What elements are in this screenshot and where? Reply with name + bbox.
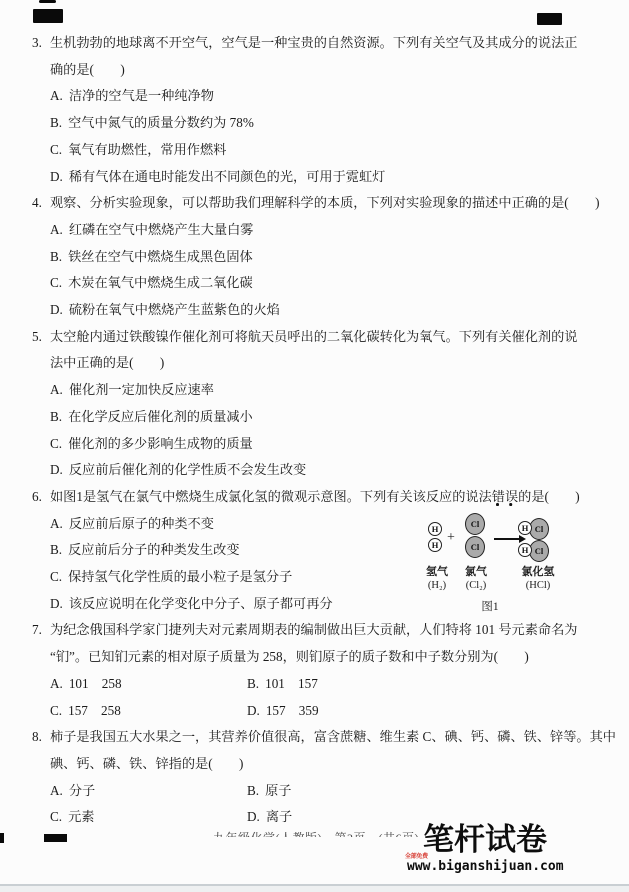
- question-number: 3.: [32, 30, 42, 57]
- question-number: 8.: [32, 724, 42, 751]
- option-b: B.空气中氮气的质量分数约为 78%: [50, 110, 617, 137]
- option-text: 分子: [69, 783, 95, 798]
- option-b: B.铁丝在空气中燃烧生成黑色固体: [50, 244, 617, 271]
- scan-edge-strip: [0, 884, 629, 892]
- option-text: 红磷在空气中燃烧产生大量白雾: [69, 222, 254, 237]
- option-text: 该反应说明在化学变化中分子、原子都可再分: [69, 596, 333, 611]
- molecule-formula: (HCl): [522, 579, 555, 592]
- option-text: 硫粉在氧气中燃烧产生蓝紫色的火焰: [69, 302, 280, 317]
- watermark-brand: 笔杆试卷: [423, 823, 547, 857]
- option-label: C.: [50, 436, 62, 451]
- option-c: C.催化剂的多少影响生成物的质量: [50, 431, 617, 458]
- chlorine-atom-icon: Cl: [465, 513, 485, 535]
- molecule-name: 氯化氢: [522, 566, 555, 579]
- chlorine-atom-icon: Cl: [529, 518, 549, 540]
- hydrogen-atom-icon: H: [518, 521, 532, 535]
- option-row: A.分子 B.原子: [50, 778, 617, 805]
- option-label: A.: [50, 676, 63, 691]
- option-a: A.101 258: [50, 671, 247, 698]
- option-d: D.离子: [247, 804, 292, 831]
- option-d: D.硫粉在氧气中燃烧产生蓝紫色的火焰: [50, 297, 617, 324]
- option-a: A.分子: [50, 778, 247, 805]
- option-label: D.: [50, 462, 63, 477]
- option-text: 空气中氮气的质量分数约为 78%: [68, 115, 254, 130]
- option-c: C.木炭在氧气中燃烧生成二氧化碳: [50, 270, 617, 297]
- option-label: A.: [50, 88, 63, 103]
- option-row: C.157 258 D.157 359: [50, 698, 617, 725]
- option-label: D.: [50, 169, 63, 184]
- question-stem-line: “钔”。已知钔元素的相对原子质量为 258，则钔原子的质子数和中子数分别为( ): [50, 644, 617, 671]
- option-text: 原子: [265, 783, 291, 798]
- question-stem-line: 为纪念俄国科学家门捷列夫对元素周期表的编制做出巨大贡献，人们特将 101 号元素…: [50, 617, 617, 644]
- option-b: B.原子: [247, 778, 291, 805]
- option-label: B.: [50, 249, 62, 264]
- question-6: 6. 如图1是氢气在氯气中燃烧生成氯化氢的微观示意图。下列有关该反应的说法错误的…: [0, 484, 629, 618]
- option-text: 保持氢气化学性质的最小粒子是氢分子: [68, 569, 292, 584]
- question-3: 3. 生机勃勃的地球离不开空气，空气是一种宝贵的自然资源。下列有关空气及其成分的…: [0, 30, 629, 190]
- option-text: 元素: [68, 809, 94, 824]
- option-label: C.: [50, 275, 62, 290]
- option-text: 氧气有助燃性，常用作燃料: [68, 142, 226, 157]
- option-label: B.: [247, 783, 259, 798]
- option-label: C.: [50, 809, 62, 824]
- redaction-mark: [44, 834, 67, 842]
- option-text: 反应前后分子的种类发生改变: [68, 542, 239, 557]
- question-number: 5.: [32, 324, 42, 351]
- figure-1-reaction-diagram: H H + Cl Cl Cl H Cl H 氢气 (H₂) 氯气 (Cl₂): [420, 510, 625, 622]
- reaction-arrow-icon: [494, 538, 520, 540]
- option-text: 101 258: [69, 676, 122, 691]
- redaction-mark: [33, 9, 63, 23]
- question-list: 3. 生机勃勃的地球离不开空气，空气是一种宝贵的自然资源。下列有关空气及其成分的…: [0, 30, 629, 831]
- question-5: 5. 太空舱内通过铁酸镍作催化剂可将航天员呼出的二氧化碳转化为氧气。下列有关催化…: [0, 324, 629, 484]
- question-stem-line: 观察、分析实验现象，可以帮助我们理解科学的本质，下列对实验现象的描述中正确的是(…: [50, 190, 617, 217]
- option-text: 157 258: [68, 703, 121, 718]
- option-label: B.: [50, 542, 62, 557]
- option-text: 157 359: [266, 703, 319, 718]
- chlorine-atom-icon: Cl: [465, 536, 485, 558]
- stem-text: 如图1是氢气在氯气中燃烧生成氯化氢的微观示意图。下列有关该反应的说法: [50, 489, 492, 504]
- option-text: 铁丝在空气中燃烧生成黑色固体: [68, 249, 253, 264]
- molecule-label-cl2: 氯气 (Cl₂): [465, 566, 487, 592]
- question-number: 4.: [32, 190, 42, 217]
- option-a: A.红磷在空气中燃烧产生大量白雾: [50, 217, 617, 244]
- chlorine-atom-icon: Cl: [529, 540, 549, 562]
- option-text: 洁净的空气是一种纯净物: [69, 88, 214, 103]
- question-stem-line: 如图1是氢气在氯气中燃烧生成氯化氢的微观示意图。下列有关该反应的说法错误的是( …: [50, 484, 617, 511]
- option-b: B.101 157: [247, 671, 318, 698]
- option-c: C.157 258: [50, 698, 247, 725]
- option-label: B.: [50, 115, 62, 130]
- question-number: 6.: [32, 484, 42, 511]
- option-label: D.: [247, 809, 260, 824]
- question-stem-line: 法中正确的是( ): [50, 350, 617, 377]
- molecule-label-h2: 氢气 (H₂): [426, 566, 448, 592]
- option-label: D.: [247, 703, 260, 718]
- molecule-formula: (Cl₂): [465, 579, 487, 592]
- hydrogen-atom-icon: H: [428, 522, 442, 536]
- option-label: A.: [50, 516, 63, 531]
- question-stem-line: 确的是( ): [50, 57, 617, 84]
- option-label: D.: [50, 302, 63, 317]
- molecule-label-hcl: 氯化氢 (HCl): [522, 566, 555, 592]
- option-text: 催化剂的多少影响生成物的质量: [68, 436, 253, 451]
- option-c: C.元素: [50, 804, 247, 831]
- option-label: B.: [247, 676, 259, 691]
- option-label: D.: [50, 596, 63, 611]
- redaction-mark: [39, 0, 56, 3]
- hydrogen-atom-icon: H: [518, 543, 532, 557]
- question-stem-line: 碘、钙、磷、铁、锌指的是( ): [50, 751, 617, 778]
- option-label: C.: [50, 142, 62, 157]
- watermark-url: www.biganshijuan.com: [407, 859, 564, 874]
- option-label: A.: [50, 783, 63, 798]
- figure-caption: 图1: [481, 598, 498, 614]
- molecule-name: 氯气: [465, 566, 487, 579]
- hydrogen-atom-icon: H: [428, 538, 442, 552]
- option-text: 101 157: [265, 676, 318, 691]
- option-d: D.稀有气体在通电时能发出不同颜色的光，可用于霓虹灯: [50, 164, 617, 191]
- option-label: A.: [50, 382, 63, 397]
- redaction-mark: [537, 13, 562, 25]
- page-footer: 九年级化学(人教版) 第2页 (共6页): [213, 829, 443, 837]
- molecule-formula: (H₂): [426, 579, 448, 592]
- option-text: 离子: [266, 809, 292, 824]
- option-text: 反应前后催化剂的化学性质不会发生改变: [69, 462, 306, 477]
- emphasized-word: 错误: [492, 489, 518, 504]
- option-text: 催化剂一定加快反应速率: [69, 382, 214, 397]
- redaction-mark: [0, 833, 4, 843]
- option-a: A.洁净的空气是一种纯净物: [50, 83, 617, 110]
- stem-text: 的是( ): [518, 489, 580, 504]
- option-text: 在化学反应后催化剂的质量减小: [68, 409, 253, 424]
- option-d: D.反应前后催化剂的化学性质不会发生改变: [50, 457, 617, 484]
- molecule-name: 氢气: [426, 566, 448, 579]
- question-7: 7. 为纪念俄国科学家门捷列夫对元素周期表的编制做出巨大贡献，人们特将 101 …: [0, 617, 629, 724]
- option-text: 反应前后原子的种类不变: [69, 516, 214, 531]
- question-stem-line: 生机勃勃的地球离不开空气，空气是一种宝贵的自然资源。下列有关空气及其成分的说法正: [50, 30, 617, 57]
- option-row: A.101 258 B.101 157: [50, 671, 617, 698]
- question-stem-line: 柿子是我国五大水果之一，其营养价值很高，富含蔗糖、维生素 C、碘、钙、磷、铁、锌…: [50, 724, 617, 751]
- question-8: 8. 柿子是我国五大水果之一，其营养价值很高，富含蔗糖、维生素 C、碘、钙、磷、…: [0, 724, 629, 831]
- question-stem-line: 太空舱内通过铁酸镍作催化剂可将航天员呼出的二氧化碳转化为氧气。下列有关催化剂的说: [50, 324, 617, 351]
- option-label: C.: [50, 569, 62, 584]
- option-d: D.157 359: [247, 698, 319, 725]
- reaction-arrow-head-icon: [519, 535, 526, 543]
- question-4: 4. 观察、分析实验现象，可以帮助我们理解科学的本质，下列对实验现象的描述中正确…: [0, 190, 629, 324]
- option-text: 稀有气体在通电时能发出不同颜色的光，可用于霓虹灯: [69, 169, 386, 184]
- option-c: C.氧气有助燃性，常用作燃料: [50, 137, 617, 164]
- option-label: A.: [50, 222, 63, 237]
- option-label: B.: [50, 409, 62, 424]
- question-number: 7.: [32, 617, 42, 644]
- exam-paper-page: 3. 生机勃勃的地球离不开空气，空气是一种宝贵的自然资源。下列有关空气及其成分的…: [0, 0, 629, 892]
- option-text: 木炭在氧气中燃烧生成二氧化碳: [68, 275, 253, 290]
- plus-sign: +: [447, 531, 455, 545]
- option-label: C.: [50, 703, 62, 718]
- option-b: B.在化学反应后催化剂的质量减小: [50, 404, 617, 431]
- option-a: A.催化剂一定加快反应速率: [50, 377, 617, 404]
